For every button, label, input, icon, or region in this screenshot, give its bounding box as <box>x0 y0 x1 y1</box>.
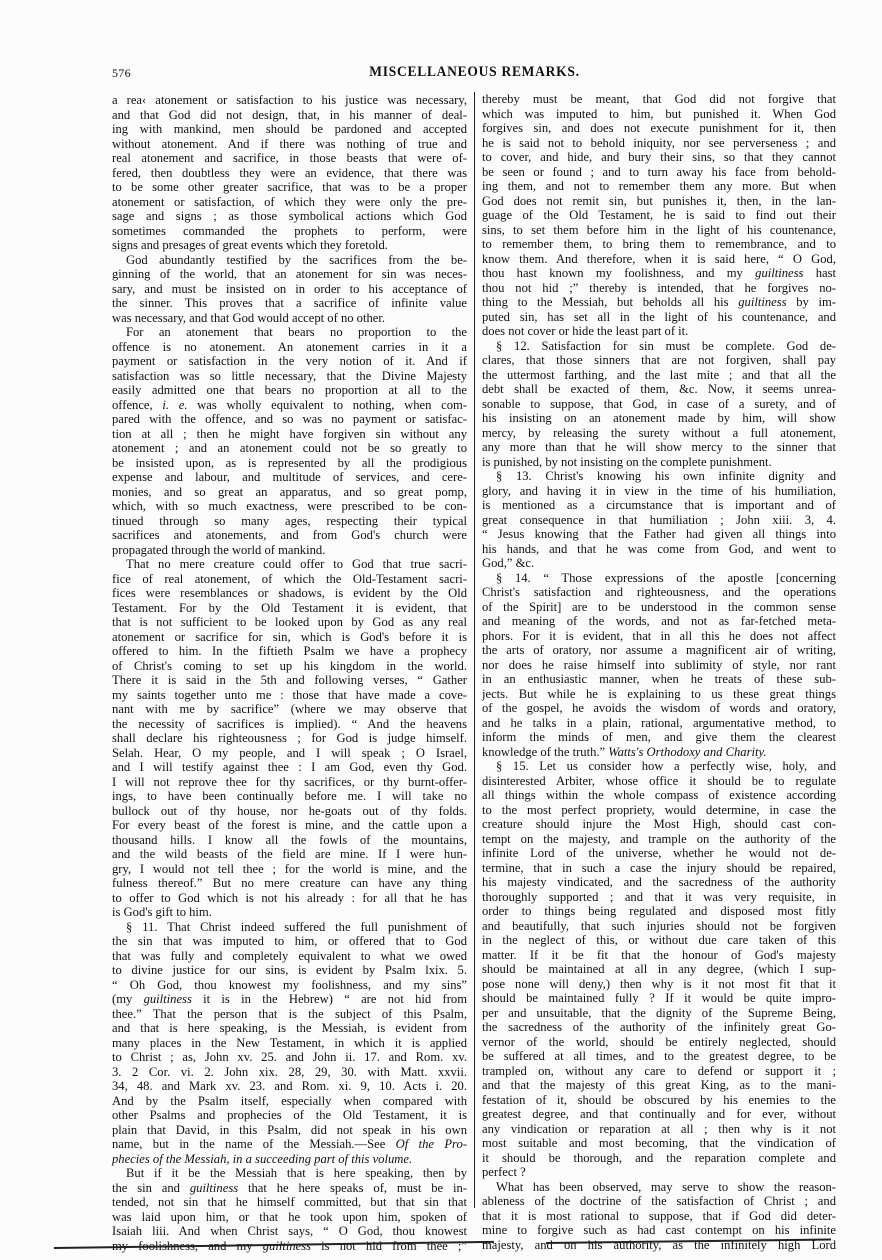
text-line: Isaiah liii. And when Christ says, “ O G… <box>112 1224 467 1239</box>
text-line: his insisting on an atonement made by hi… <box>482 411 836 426</box>
text-line: mine to forgive such as had cast contemp… <box>482 1223 836 1238</box>
text-line: and the wild beasts of the field are min… <box>112 847 467 862</box>
text-line: thee.” That the person that is the subje… <box>112 1007 467 1022</box>
text-line: 3. 2 Cor. vi. 2. John xix. 28, 29, 30. w… <box>112 1065 467 1080</box>
text-line: § 13. Christ's knowing his own infinite … <box>482 469 836 484</box>
text-line: offence, i. e. was wholly equivalent to … <box>112 398 467 413</box>
text-line: God,” &c. <box>482 556 836 571</box>
text-line: payment or satisfaction in the very noti… <box>112 354 467 369</box>
text-line: expense and labour, and multitude of ser… <box>112 470 467 485</box>
text-line: which was imputed to him, but punished i… <box>482 107 836 122</box>
text-line: monies, and so great an apparatus, and s… <box>112 485 467 500</box>
text-line: offence is no atonement. An atonement ca… <box>112 340 467 355</box>
text-line: atonement or sacrifice for sin, which is… <box>112 630 467 645</box>
text-line: of the Spirit] are to be understood in t… <box>482 600 836 615</box>
text-line: (my guiltiness it is in the Hebrew) “ ar… <box>112 992 467 1007</box>
running-head: 576 MISCELLANEOUS REMARKS. <box>112 64 837 84</box>
text-line: glory, and having it in view in the time… <box>482 484 836 499</box>
text-line: was necessary, and that God would accept… <box>112 311 467 326</box>
book-page: 576 MISCELLANEOUS REMARKS. a rea‹ atonem… <box>0 0 882 1260</box>
text-line: fices were resemblances or shadows, is e… <box>112 586 467 601</box>
text-line: offered to him. In the fiftieth Psalm we… <box>112 644 467 659</box>
text-line: trampled on, without any care to defend … <box>482 1064 836 1079</box>
text-line: other Psalms and prophecies of the Old T… <box>112 1108 467 1123</box>
text-line: his hands, and that he was come from God… <box>482 542 836 557</box>
text-line: and that God did not design, that, in hi… <box>112 108 467 123</box>
text-line: Christ's satisfaction and righteousness,… <box>482 585 836 600</box>
text-line: and beautifully, that such injuries shou… <box>482 919 836 934</box>
text-line: and meaning of the words, and not as far… <box>482 614 836 629</box>
text-line: great consequence in that humiliation ; … <box>482 513 836 528</box>
text-line: ginning of the world, that an atonement … <box>112 267 467 282</box>
text-line: shall declare his righteousness ; for Go… <box>112 731 467 746</box>
text-line: § 15. Let us consider how a perfectly wi… <box>482 759 836 774</box>
text-line: thereby must be meant, that God did not … <box>482 92 836 107</box>
text-line: God abundantly testified by the sacrific… <box>112 253 467 268</box>
text-line: vernor of the world, should be entirely … <box>482 1035 836 1050</box>
text-line: is punished, by not insisting on the com… <box>482 455 836 470</box>
text-line: be insisted upon, as is represented by a… <box>112 456 467 471</box>
text-line: forgives sin, and does not execute punis… <box>482 121 836 136</box>
text-line: all things within the whole compass of e… <box>482 788 836 803</box>
text-line: disinterested Arbiter, whose office it s… <box>482 774 836 789</box>
text-line: sage and signs ; as those symbolical act… <box>112 209 467 224</box>
text-line: to the most perfect propriety, would det… <box>482 803 836 818</box>
text-line: it should be thorough, and the reparatio… <box>482 1151 836 1166</box>
text-line: in the neglect of this, or without due c… <box>482 933 836 948</box>
text-line: which, with so much exactness, were pres… <box>112 499 467 514</box>
text-line: atonement ; and an atonement could not b… <box>112 441 467 456</box>
text-line: name, but in the name of the Messiah.—Se… <box>112 1137 467 1152</box>
text-line: that it is most rational to suppose, tha… <box>482 1209 836 1224</box>
running-title: MISCELLANEOUS REMARKS. <box>137 64 811 81</box>
text-line: the sacredness of the authority of the i… <box>482 1020 836 1035</box>
text-line: I will not reprove thee for thy sacrific… <box>112 775 467 790</box>
text-line: that is not sufficient to be looked upon… <box>112 615 467 630</box>
text-line: to Christ ; as, John xv. 25. and John ii… <box>112 1050 467 1065</box>
text-line: fulness thereof.” But no mere creature c… <box>112 876 467 891</box>
text-line: festation of it, should be obscured by h… <box>482 1093 836 1108</box>
text-line: ing them, and not to remember them any m… <box>482 179 836 194</box>
right-column: thereby must be meant, that God did not … <box>482 92 836 1252</box>
text-line: and that is here speaking, is the Messia… <box>112 1021 467 1036</box>
text-line: “ Jesus knowing that the Father had give… <box>482 527 836 542</box>
text-line: to cover, and hide, and bury their sins,… <box>482 150 836 165</box>
text-line: of Christ's coming to set up his kingdom… <box>112 659 467 674</box>
text-line: fered, then doubtless they were an evide… <box>112 166 467 181</box>
text-line: phors. For it is evident, that in all th… <box>482 629 836 644</box>
text-line: bullock out of thy house, nor he-goats o… <box>112 804 467 819</box>
text-line: infinite Lord of the universe, whether h… <box>482 846 836 861</box>
text-line: inform the minds of men, and give them t… <box>482 730 836 745</box>
text-line: sometimes commanded the prophets to perf… <box>112 224 467 239</box>
text-line: phecies of the Messiah, in a succeeding … <box>112 1152 467 1167</box>
text-line: the necessity of sacrifices is implied).… <box>112 717 467 732</box>
text-line: satisfaction was so little necessary, th… <box>112 369 467 384</box>
text-line: sacrifices and atonements, and from God'… <box>112 528 467 543</box>
text-line: my saints together unto me : those that … <box>112 688 467 703</box>
text-line: What has been observed, may serve to sho… <box>482 1180 836 1195</box>
text-line: tinued through so many ages, respecting … <box>112 514 467 529</box>
text-line: jects. But while he is explaining to us … <box>482 687 836 702</box>
text-line: was laid upon him, or that he took upon … <box>112 1210 467 1225</box>
text-line: thousand hills. I know all the fowls of … <box>112 833 467 848</box>
text-line: to be some other greater sacrifice, that… <box>112 180 467 195</box>
text-line: signs and presages of great events which… <box>112 238 467 253</box>
text-line: ableness of the doctrine of the satisfac… <box>482 1194 836 1209</box>
text-line: thoroughly supported ; and that it was v… <box>482 890 836 905</box>
text-line: any vindication or reparation at all ; t… <box>482 1122 836 1137</box>
text-line: And by the Psalm itself, especially when… <box>112 1094 467 1109</box>
text-line: There it is said in the 5th and followin… <box>112 673 467 688</box>
text-line: thing to the Messiah, but beholds all hi… <box>482 295 836 310</box>
text-line: § 12. Satisfaction for sin must be compl… <box>482 339 836 354</box>
text-line: know them. And therefore, when it is sai… <box>482 252 836 267</box>
text-line: atonement or satisfaction, of which they… <box>112 195 467 210</box>
text-line: and that the majesty of this great King,… <box>482 1078 836 1093</box>
text-line: sins, to set them before him in the ligh… <box>482 223 836 238</box>
text-line: is God's gift to him. <box>112 905 467 920</box>
text-line: tempt on the majesty, and trample on the… <box>482 832 836 847</box>
text-line: ing with mankind, men should be pardoned… <box>112 122 467 137</box>
text-line: tion at all ; then he might have forgive… <box>112 427 467 442</box>
text-line: That no mere creature could offer to God… <box>112 557 467 572</box>
text-line: For every beast of the forest is mine, a… <box>112 818 467 833</box>
text-line: Selah. Hear, O my people, and I will spe… <box>112 746 467 761</box>
text-line: pose none will deny,) then why is it not… <box>482 977 836 992</box>
text-line: tended, not sin that he himself committe… <box>112 1195 467 1210</box>
text-line: 34, 48. and Mark xv. 23. and Rom. xi. 9,… <box>112 1079 467 1094</box>
column-divider <box>474 92 475 1208</box>
text-line: nant with me by sacrifice” (where we may… <box>112 702 467 717</box>
text-line: plain that David, in this Psalm, did not… <box>112 1123 467 1138</box>
text-line: most suitable and most becoming, that th… <box>482 1136 836 1151</box>
text-line: fice of real atonement, of which the Old… <box>112 572 467 587</box>
text-line: a rea‹ atonement or satisfaction to his … <box>112 93 467 108</box>
text-line: to remember them, to bring them to remem… <box>482 237 836 252</box>
text-line: his majesty vindicated, and the sacredne… <box>482 875 836 890</box>
text-line: But if it be the Messiah that is here sp… <box>112 1166 467 1181</box>
text-line: guage of the Old Testament, he is said t… <box>482 208 836 223</box>
text-line: he is said not to behold iniquity, nor s… <box>482 136 836 151</box>
text-line: of the gospel, he avoids the wisdom of w… <box>482 701 836 716</box>
text-line: without atonement. And if there was noth… <box>112 137 467 152</box>
text-line: thou not hid ;” thereby is intended, tha… <box>482 281 836 296</box>
text-line: and I will testify against thee : I am G… <box>112 760 467 775</box>
text-line: any more than that he will show mercy to… <box>482 440 836 455</box>
text-line: order to things being regulated and disp… <box>482 904 836 919</box>
page-number: 576 <box>112 66 131 81</box>
text-line: thou hast known my foolishness, and my g… <box>482 266 836 281</box>
text-line: § 14. “ Those expressions of the apostle… <box>482 571 836 586</box>
text-line: to divine justice for our sins, is evide… <box>112 963 467 978</box>
text-line: mercy, by releasing the surety without a… <box>482 426 836 441</box>
text-line: Testament. For by the Old Testament it i… <box>112 601 467 616</box>
text-line: ings, to have been continually before me… <box>112 789 467 804</box>
text-line: God does not remit sin, but punishes it,… <box>482 194 836 209</box>
text-line: puted sin, has set all in the light of h… <box>482 310 836 325</box>
text-line: the sinner. This proves that a sacrifice… <box>112 296 467 311</box>
text-line: debt shall be exacted of them, &c. Now, … <box>482 382 836 397</box>
text-line: the arts of oratory, nor assume a magnif… <box>482 643 836 658</box>
text-line: nor does he raise himself into sublimity… <box>482 658 836 673</box>
text-line: many places in the New Testament, in whi… <box>112 1036 467 1051</box>
text-line: should be maintained at all in any degre… <box>482 962 836 977</box>
text-line: the sin that was imputed to him, or offe… <box>112 934 467 949</box>
text-line: should be maintained fully ? If it would… <box>482 991 836 1006</box>
text-line: is mentioned as a circumstance that is i… <box>482 498 836 513</box>
text-line: the uttermost farthing, and the last mit… <box>482 368 836 383</box>
text-line: § 11. That Christ indeed suffered the fu… <box>112 920 467 935</box>
text-line: sary, and must be insisted on in order t… <box>112 282 467 297</box>
text-line: easily admitted one that bears no propor… <box>112 383 467 398</box>
text-line: be seen or found ; and to turn away his … <box>482 165 836 180</box>
text-line: gry, I would not tell thee ; for the wor… <box>112 862 467 877</box>
text-line: to offer to God which is not his already… <box>112 891 467 906</box>
text-line: greatest degree, and that continually an… <box>482 1107 836 1122</box>
text-line: creature should injure the Most High, sh… <box>482 817 836 832</box>
text-line: pared with the offence, and so was no pa… <box>112 412 467 427</box>
text-line: does not cover or hide the least part of… <box>482 324 836 339</box>
text-line: real atonement and sacrifice, in those b… <box>112 151 467 166</box>
text-line: the sin and guiltiness that he here spea… <box>112 1181 467 1196</box>
text-line: per and unsuitable, that the dignity of … <box>482 1006 836 1021</box>
text-line: that was fully and completely equivalent… <box>112 949 467 964</box>
text-line: knowledge of the truth.” Watts's Orthodo… <box>482 745 836 760</box>
text-line: perfect ? <box>482 1165 836 1180</box>
text-line: sonable to suppose, that God, in case of… <box>482 397 836 412</box>
text-line: in an enthusiastic manner, when he treat… <box>482 672 836 687</box>
text-line: termine, that in such a case the injury … <box>482 861 836 876</box>
text-line: and he talks in a plain, rational, argum… <box>482 716 836 731</box>
text-line: “ Oh God, thou knowest my foolishness, a… <box>112 978 467 993</box>
left-column: a rea‹ atonement or satisfaction to his … <box>112 93 467 1253</box>
text-line: For an atonement that bears no proportio… <box>112 325 467 340</box>
text-line: be suffered at all times, and to the gre… <box>482 1049 836 1064</box>
text-line: clares, that those sinners that are not … <box>482 353 836 368</box>
text-line: matter. If it be fit that the honour of … <box>482 948 836 963</box>
text-line: propagated through the world of mankind. <box>112 543 467 558</box>
